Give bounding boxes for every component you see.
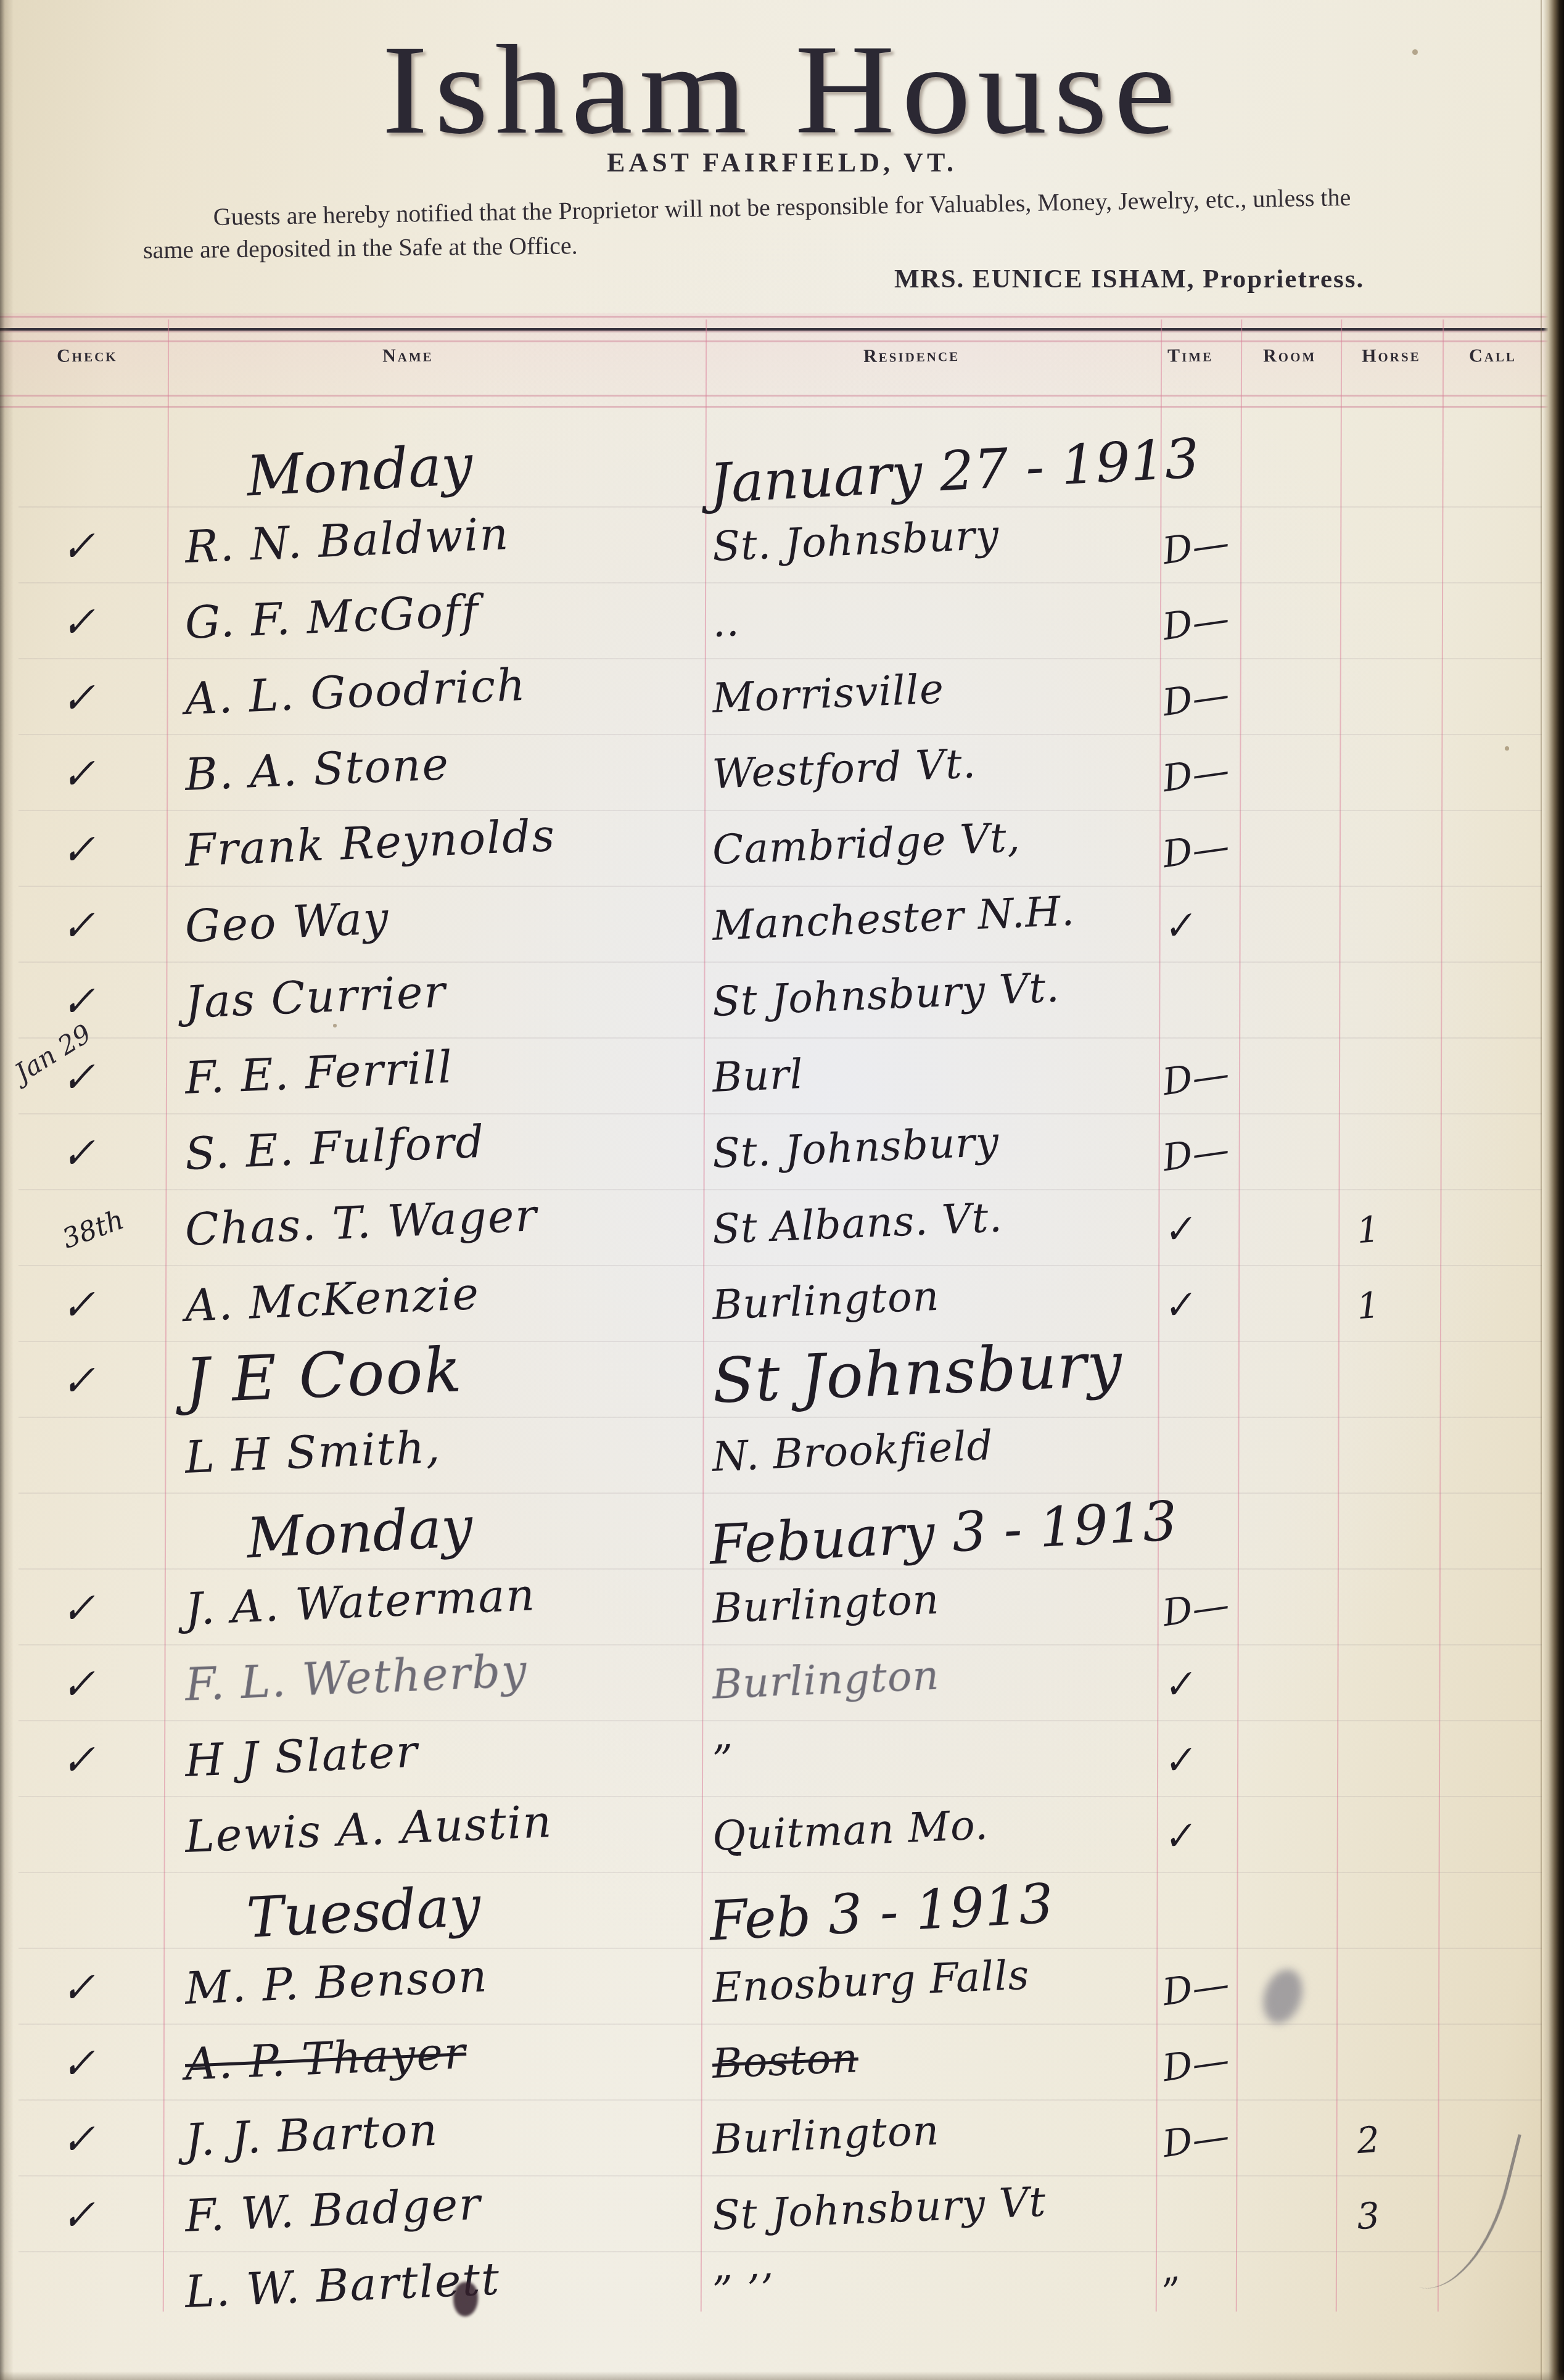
guest-name: R. N. Baldwin: [183, 495, 511, 585]
fox-spot: [1505, 746, 1509, 751]
guest-row: L H Smith,N. Brookfield: [0, 1419, 1564, 1495]
rule-top-pink: [0, 316, 1564, 318]
check-mark: ✓: [60, 1341, 96, 1422]
guest-name: A. McKenzie: [183, 1255, 481, 1343]
guest-name: Geo Way: [183, 879, 391, 964]
column-header-time: Time: [1167, 345, 1213, 366]
check-mark: ✓: [60, 1645, 96, 1725]
column-header-residence: Residence: [863, 345, 960, 367]
guest-residence: ” ’’: [710, 2251, 776, 2329]
check-mark: ✓: [60, 1569, 96, 1649]
guest-row: ✓A. L. GoodrichMorrisvilleD—: [0, 661, 1564, 736]
guest-row: ✓R. N. BaldwinSt. JohnsburyD—: [0, 509, 1564, 585]
time-mark: D—: [1158, 1946, 1234, 2030]
check-mark: ✓: [60, 2100, 96, 2180]
column-header-horse: Horse: [1362, 345, 1421, 366]
time-mark: ✓: [1158, 1721, 1199, 1800]
rule-headerbottom-1: [0, 395, 1564, 397]
time-mark: ✓: [1158, 1190, 1199, 1269]
guest-row: ✓A. P. ThayerBostonD—: [0, 2026, 1564, 2102]
guest-name: J E Cook: [183, 1332, 464, 1419]
fox-spot: [1412, 49, 1418, 55]
guest-row: L. W. Bartlett” ’’”: [0, 2254, 1564, 2329]
guest-residence: St Johnsbury Vt.: [710, 949, 1061, 1039]
check-mark: 38th: [51, 1183, 136, 1275]
check-mark: ✓: [60, 1266, 96, 1346]
horse-value: 3: [1354, 2177, 1382, 2254]
check-mark: ✓: [60, 1721, 96, 1801]
guest-name: L H Smith,: [183, 1409, 442, 1495]
horse-value: 1: [1354, 1267, 1382, 1344]
location-line: EAST FAIRFIELD, VT.: [0, 147, 1564, 178]
guest-row: Jan 29✓F. E. FerrillBurlD—: [0, 1040, 1564, 1116]
guest-row: Lewis A. AustinQuitman Mo.✓: [0, 1798, 1564, 1874]
guest-residence: St Johnsbury Vt: [710, 2164, 1047, 2254]
guest-name: Frank Reynolds: [183, 797, 557, 888]
time-mark: D—: [1158, 2022, 1234, 2106]
register-page: Isham House EAST FAIRFIELD, VT. Guests a…: [0, 0, 1564, 2380]
proprietor-line: MRS. EUNICE ISHAM, Proprietress.: [894, 264, 1364, 294]
guest-name: L. W. Bartlett: [183, 2241, 501, 2329]
check-mark: ✓: [60, 1038, 96, 1118]
fox-spot: [333, 1024, 337, 1027]
guest-name: H J Slater: [183, 1713, 419, 1798]
guest-residence: St. Johnsbury: [710, 1104, 1000, 1192]
guest-residence: Quitman Mo.: [710, 1787, 990, 1874]
time-mark: D—: [1158, 1111, 1234, 1196]
notice-line-1: Guests are hereby notified that the Prop…: [73, 180, 1491, 234]
guest-name: J. J. Barton: [183, 2091, 440, 2178]
masthead: Isham House: [0, 16, 1564, 163]
time-mark: ✓: [1158, 886, 1199, 966]
guest-name: A. L. Goodrich: [183, 646, 527, 736]
guest-residence: St. Johnsbury: [710, 497, 1000, 585]
guest-name: S. E. Fulford: [183, 1103, 486, 1192]
guest-name: B. A. Stone: [183, 725, 451, 812]
horse-value: 2: [1354, 2101, 1382, 2178]
date-row: TuesdayFeb 3 - 1913: [0, 1874, 1564, 1950]
column-header-name: Name: [382, 345, 434, 366]
guest-residence: Cambridge Vt,: [710, 799, 1022, 888]
guest-name: Jas Currier: [183, 953, 448, 1040]
guest-residence: ..: [710, 583, 741, 661]
rule-top-black: [0, 328, 1564, 331]
time-mark: D—: [1158, 1567, 1234, 1651]
time-mark: ”: [1158, 2252, 1187, 2330]
guest-residence: ”: [710, 1722, 735, 1798]
guest-row: ✓A. McKenzieBurlington✓1: [0, 1267, 1564, 1343]
page-title: Isham House: [382, 16, 1182, 163]
register-rows: MondayJanuary 27 - 1913✓R. N. BaldwinSt.…: [0, 433, 1564, 2329]
guest-residence: N. Brookfield: [710, 1407, 995, 1495]
check-mark: ✓: [60, 507, 96, 587]
time-mark: D—: [1158, 656, 1234, 741]
page-edge-line: [1541, 0, 1542, 2380]
time-mark: D—: [1158, 580, 1234, 665]
time-mark: D—: [1158, 1036, 1234, 1120]
check-mark: ✓: [60, 659, 96, 739]
guest-name: F. L. Wetherby: [183, 1633, 529, 1723]
time-mark: ✓: [1158, 1266, 1199, 1345]
guest-name: F. W. Badger: [183, 2165, 482, 2254]
guest-row: 38thChas. T. WagerSt Albans. Vt.✓1: [0, 1192, 1564, 1267]
date-row: MondayFebuary 3 - 1913: [0, 1495, 1564, 1571]
guest-name: G. F. McGoff: [183, 572, 480, 661]
guest-residence: Enosburg Falls: [710, 1937, 1031, 2026]
rule-headerbottom-2: [0, 406, 1564, 408]
guest-name: J. A. Waterman: [183, 1556, 537, 1647]
check-mark: ✓: [60, 735, 96, 815]
time-mark: D—: [1158, 808, 1234, 892]
guest-row: ✓G. F. McGoff..D—: [0, 585, 1564, 661]
check-mark: ✓: [60, 1948, 96, 2028]
guest-row: ✓S. E. FulfordSt. JohnsburyD—: [0, 1116, 1564, 1192]
guest-residence: Burlington: [710, 1258, 940, 1343]
guest-name: Lewis A. Austin: [183, 1783, 554, 1874]
guest-row: ✓Frank ReynoldsCambridge Vt,D—: [0, 812, 1564, 888]
guest-row: ✓B. A. StoneWestford Vt.D—: [0, 736, 1564, 812]
column-header-call: Call: [1469, 345, 1517, 366]
check-mark: ✓: [60, 2024, 96, 2104]
guest-residence: Boston: [710, 2020, 860, 2102]
page-edge-left: [0, 0, 14, 2380]
header-band: [0, 313, 1564, 406]
guest-residence: St Albans. Vt.: [710, 1179, 1003, 1267]
page-edge-bottom: [0, 2371, 1564, 2380]
guest-row: ✓J E CookSt Johnsbury: [0, 1343, 1564, 1419]
guest-residence: Burlington: [710, 1562, 940, 1647]
check-mark: ✓: [60, 810, 96, 891]
column-header-room: Room: [1263, 345, 1317, 366]
guest-row: ✓M. P. BensonEnosburg FallsD—: [0, 1950, 1564, 2026]
guest-name: F. E. Ferrill: [183, 1029, 455, 1116]
time-mark: ✓: [1158, 1645, 1199, 1724]
guest-residence: Burlington: [710, 2093, 940, 2178]
rule-top-pink2: [0, 340, 1564, 342]
page-edge-right: [1543, 0, 1564, 2380]
guest-residence: Westford Vt.: [710, 725, 978, 812]
date-row: MondayJanuary 27 - 1913: [0, 433, 1564, 509]
time-mark: D—: [1158, 504, 1234, 589]
check-mark: ✓: [60, 1114, 96, 1194]
column-header-check: Check: [57, 345, 118, 366]
horse-value: 1: [1354, 1191, 1382, 1268]
notice-line-2: same are deposited in the Safe at the Of…: [143, 231, 578, 264]
guest-row: ✓Geo WayManchester N.H.✓: [0, 888, 1564, 964]
time-mark: D—: [1158, 2098, 1234, 2182]
guest-name: M. P. Benson: [183, 1937, 489, 2025]
guest-row: ✓J. J. BartonBurlingtonD—2: [0, 2102, 1564, 2178]
guest-row: ✓F. W. BadgerSt Johnsbury Vt3: [0, 2178, 1564, 2254]
guest-residence: Burlington: [710, 1637, 940, 1723]
guest-residence: Burl: [710, 1036, 805, 1116]
guest-residence: Manchester N.H.: [710, 873, 1076, 964]
check-mark: ✓: [60, 2176, 96, 2256]
guest-row: ✓J. A. WatermanBurlingtonD—: [0, 1571, 1564, 1647]
check-mark: ✓: [60, 886, 96, 966]
time-mark: ✓: [1158, 1797, 1199, 1876]
guest-row: ✓Jas CurrierSt Johnsbury Vt.: [0, 964, 1564, 1040]
check-mark: ✓: [60, 583, 96, 663]
pencil-smudge: [1257, 1964, 1309, 2028]
guest-row: ✓H J Slater”✓: [0, 1723, 1564, 1798]
guest-name: Chas. T. Wager: [183, 1177, 539, 1267]
time-mark: D—: [1158, 732, 1234, 817]
guest-row: ✓F. L. WetherbyBurlington✓: [0, 1647, 1564, 1723]
guest-residence: Morrisville: [710, 651, 945, 736]
guest-name: A. P. Thayer: [183, 2014, 467, 2102]
